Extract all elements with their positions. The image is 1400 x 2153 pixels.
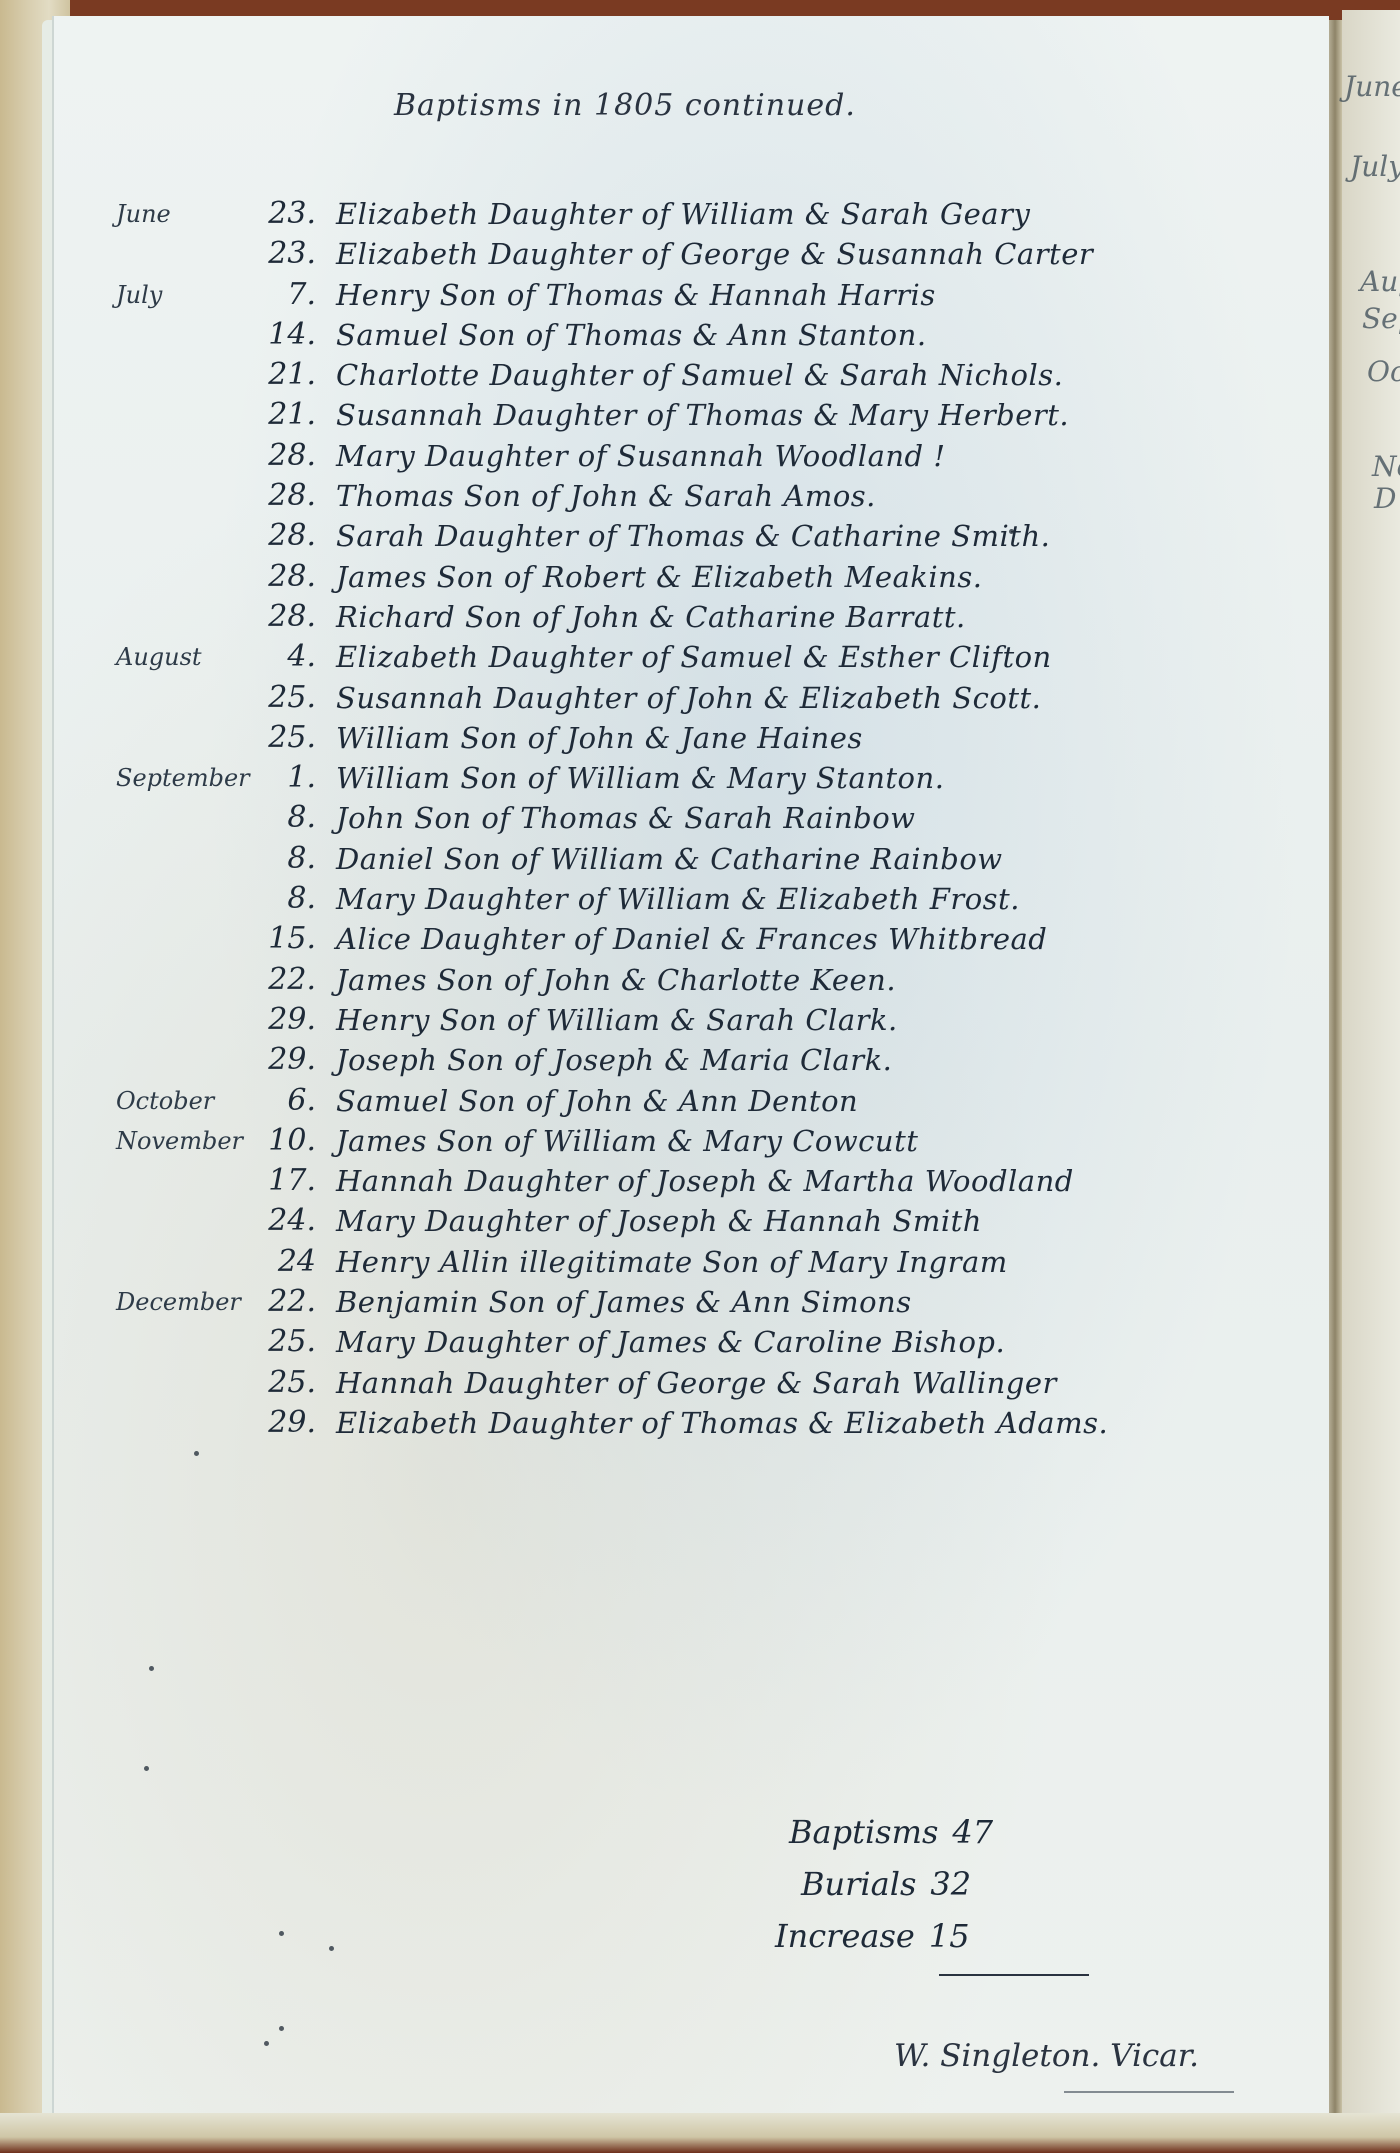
entry-text: Henry Allin illegitimate Son of Mary Ing… — [336, 1242, 1008, 1282]
summary-baptisms: Baptisms47 — [789, 1806, 993, 1858]
baptism-entry: 28.Sarah Daughter of Thomas & Catharine … — [54, 516, 1329, 556]
entry-text: Elizabeth Daughter of George & Susannah … — [336, 234, 1093, 274]
entry-month: July — [116, 275, 266, 315]
baptism-entry: 25.William Son of John & Jane Haines — [54, 718, 1329, 758]
entry-day: 25. — [266, 1322, 316, 1362]
baptism-entry: August4.Elizabeth Daughter of Samuel & E… — [54, 637, 1329, 677]
entry-text: John Son of Thomas & Sarah Rainbow — [336, 798, 915, 838]
baptism-entry: November10.James Son of William & Mary C… — [54, 1121, 1329, 1161]
entry-day: 25. — [266, 678, 316, 718]
entry-text: Samuel Son of John & Ann Denton — [336, 1081, 858, 1121]
entry-month: November — [116, 1121, 266, 1161]
baptism-entry: 28.Thomas Son of John & Sarah Amos. — [54, 476, 1329, 516]
entry-text: Thomas Son of John & Sarah Amos. — [336, 476, 876, 516]
entry-day: 25. — [266, 1363, 316, 1403]
baptism-entry: 24Henry Allin illegitimate Son of Mary I… — [54, 1242, 1329, 1282]
page-heading: Baptisms in 1805 continued. — [394, 88, 856, 123]
summary-increase: Increase15 — [775, 1910, 993, 1962]
entry-day: 22. — [266, 960, 316, 1000]
entry-text: Hannah Daughter of George & Sarah Wallin… — [336, 1363, 1057, 1403]
summary-increase-value: 15 — [929, 1917, 970, 1955]
entry-day: 28. — [266, 516, 316, 556]
entry-text: Susannah Daughter of Thomas & Mary Herbe… — [336, 395, 1069, 435]
entry-text: Mary Daughter of James & Caroline Bishop… — [336, 1322, 1005, 1362]
entry-text: Alice Daughter of Daniel & Frances Whitb… — [336, 919, 1047, 959]
entry-day: 23. — [266, 194, 316, 234]
register-page: Baptisms in 1805 continued. June23.Eliza… — [52, 16, 1329, 2116]
entry-day: 6. — [266, 1081, 316, 1121]
entry-text: William Son of John & Jane Haines — [336, 718, 863, 758]
entry-text: Sarah Daughter of Thomas & Catharine Smi… — [336, 516, 1050, 556]
entry-text: Mary Daughter of Joseph & Hannah Smith — [336, 1201, 982, 1241]
summary-underline — [939, 1974, 1089, 1976]
entry-day: 8. — [266, 839, 316, 879]
entry-text: Charlotte Daughter of Samuel & Sarah Nic… — [336, 355, 1063, 395]
entry-month: October — [116, 1081, 266, 1121]
baptism-entry: 14.Samuel Son of Thomas & Ann Stanton. — [54, 315, 1329, 355]
entry-text: Samuel Son of Thomas & Ann Stanton. — [336, 315, 927, 355]
baptism-entries: June23.Elizabeth Daughter of William & S… — [54, 194, 1329, 1443]
entry-text: Elizabeth Daughter of Samuel & Esther Cl… — [336, 637, 1052, 677]
baptism-entry: December22.Benjamin Son of James & Ann S… — [54, 1282, 1329, 1322]
baptism-entry: 15.Alice Daughter of Daniel & Frances Wh… — [54, 919, 1329, 959]
baptism-entry: September1.William Son of William & Mary… — [54, 758, 1329, 798]
summary-burials-value: 32 — [930, 1865, 971, 1903]
entry-day: 29. — [266, 1040, 316, 1080]
entry-day: 22. — [266, 1282, 316, 1322]
baptism-entry: 25.Hannah Daughter of George & Sarah Wal… — [54, 1363, 1329, 1403]
facing-note-sep: Sep — [1362, 302, 1400, 335]
entry-month: December — [116, 1282, 266, 1322]
entry-day: 29. — [266, 1000, 316, 1040]
ink-spot — [279, 2026, 284, 2031]
entry-text: Susannah Daughter of John & Elizabeth Sc… — [336, 678, 1041, 718]
entry-text: James Son of John & Charlotte Keen. — [336, 960, 896, 1000]
entry-text: Richard Son of John & Catharine Barratt. — [336, 597, 966, 637]
entry-day: 4. — [266, 637, 316, 677]
annual-summary: Baptisms47 Burials32 Increase15 — [789, 1806, 993, 1962]
entry-day: 25. — [266, 718, 316, 758]
entry-day: 15. — [266, 919, 316, 959]
entry-day: 1. — [266, 758, 316, 798]
entry-day: 29. — [266, 1403, 316, 1443]
book-binding-bottom — [0, 2113, 1400, 2153]
entry-month: September — [116, 758, 266, 798]
ink-spot — [149, 1666, 154, 1671]
summary-increase-label: Increase — [775, 1917, 915, 1955]
baptism-entry: 28.James Son of Robert & Elizabeth Meaki… — [54, 557, 1329, 597]
entry-month: August — [116, 637, 266, 677]
facing-note-july: July — [1350, 150, 1400, 183]
entry-day: 8. — [266, 798, 316, 838]
entry-text: James Son of Robert & Elizabeth Meakins. — [336, 557, 982, 597]
entry-day: 28. — [266, 436, 316, 476]
baptism-entry: 17.Hannah Daughter of Joseph & Martha Wo… — [54, 1161, 1329, 1201]
baptism-entry: 22.James Son of John & Charlotte Keen. — [54, 960, 1329, 1000]
baptism-entry: 29.Henry Son of William & Sarah Clark. — [54, 1000, 1329, 1040]
entry-text: William Son of William & Mary Stanton. — [336, 758, 944, 798]
signature-underline — [1064, 2091, 1234, 2093]
baptism-entry: 28.Mary Daughter of Susannah Woodland ! — [54, 436, 1329, 476]
ink-spot — [264, 2041, 269, 2046]
ink-spot — [1009, 529, 1014, 534]
entry-text: Benjamin Son of James & Ann Simons — [336, 1282, 912, 1322]
entry-day: 28. — [266, 476, 316, 516]
baptism-entry: 25.Mary Daughter of James & Caroline Bis… — [54, 1322, 1329, 1362]
baptism-entry: 25.Susannah Daughter of John & Elizabeth… — [54, 678, 1329, 718]
entry-text: Elizabeth Daughter of William & Sarah Ge… — [336, 194, 1030, 234]
entry-day: 23. — [266, 234, 316, 274]
summary-baptisms-value: 47 — [952, 1813, 993, 1851]
entry-text: Henry Son of William & Sarah Clark. — [336, 1000, 898, 1040]
summary-burials: Burials32 — [801, 1858, 993, 1910]
summary-burials-label: Burials — [801, 1865, 916, 1903]
entry-day: 7. — [266, 275, 316, 315]
baptism-entry: 23.Elizabeth Daughter of George & Susann… — [54, 234, 1329, 274]
ink-spot — [329, 1946, 334, 1951]
baptism-entry: 29.Elizabeth Daughter of Thomas & Elizab… — [54, 1403, 1329, 1443]
entry-day: 17. — [266, 1161, 316, 1201]
entry-day: 21. — [266, 395, 316, 435]
entry-day: 24 — [266, 1242, 316, 1282]
ink-spot — [194, 1451, 199, 1456]
facing-note-june: June — [1344, 70, 1400, 103]
baptism-entry: July7.Henry Son of Thomas & Hannah Harri… — [54, 275, 1329, 315]
facing-page: June July Aug Sep Oct No D — [1342, 10, 1400, 2140]
entry-text: Hannah Daughter of Joseph & Martha Woodl… — [336, 1161, 1074, 1201]
entry-day: 8. — [266, 879, 316, 919]
entry-day: 21. — [266, 355, 316, 395]
entry-text: Henry Son of Thomas & Hannah Harris — [336, 275, 936, 315]
baptism-entry: 29.Joseph Son of Joseph & Maria Clark. — [54, 1040, 1329, 1080]
ink-spot — [279, 1931, 284, 1936]
entry-day: 10. — [266, 1121, 316, 1161]
facing-note-nov: No — [1372, 450, 1400, 483]
ink-spot — [144, 1766, 149, 1771]
summary-baptisms-label: Baptisms — [789, 1813, 938, 1851]
baptism-entry: 21.Susannah Daughter of Thomas & Mary He… — [54, 395, 1329, 435]
entry-text: Mary Daughter of Susannah Woodland ! — [336, 436, 945, 476]
entry-day: 28. — [266, 557, 316, 597]
baptism-entry: 28.Richard Son of John & Catharine Barra… — [54, 597, 1329, 637]
baptism-entry: October6.Samuel Son of John & Ann Denton — [54, 1081, 1329, 1121]
book-gutter — [1328, 20, 1342, 2130]
entry-month: June — [116, 194, 266, 234]
baptism-entry: 8.Mary Daughter of William & Elizabeth F… — [54, 879, 1329, 919]
entry-text: Elizabeth Daughter of Thomas & Elizabeth… — [336, 1403, 1108, 1443]
facing-note-oct: Oct — [1367, 355, 1400, 388]
entry-day: 28. — [266, 597, 316, 637]
entry-text: Daniel Son of William & Catharine Rainbo… — [336, 839, 1003, 879]
entry-text: Joseph Son of Joseph & Maria Clark. — [336, 1040, 892, 1080]
baptism-entry: 24.Mary Daughter of Joseph & Hannah Smit… — [54, 1201, 1329, 1241]
facing-note-dec: D — [1374, 482, 1396, 515]
entry-day: 24. — [266, 1201, 316, 1241]
facing-note-aug: Aug — [1360, 265, 1400, 298]
vicar-signature: W. Singleton. Vicar. — [894, 2038, 1199, 2074]
baptism-entry: June23.Elizabeth Daughter of William & S… — [54, 194, 1329, 234]
baptism-entry: 21.Charlotte Daughter of Samuel & Sarah … — [54, 355, 1329, 395]
baptism-entry: 8.John Son of Thomas & Sarah Rainbow — [54, 798, 1329, 838]
entry-text: James Son of William & Mary Cowcutt — [336, 1121, 918, 1161]
entry-day: 14. — [266, 315, 316, 355]
baptism-entry: 8.Daniel Son of William & Catharine Rain… — [54, 839, 1329, 879]
entry-text: Mary Daughter of William & Elizabeth Fro… — [336, 879, 1020, 919]
